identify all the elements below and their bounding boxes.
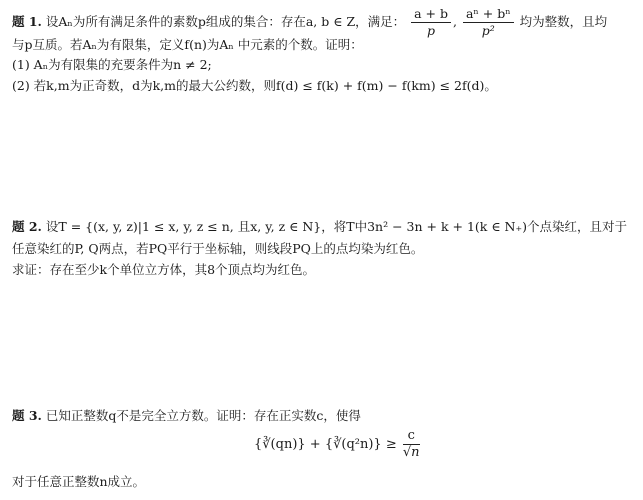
problem-2-line-3: 求证：存在至少k个单位立方体，其8个顶点均为红色。 — [12, 261, 315, 279]
problem-2-label: 题 2. — [12, 219, 42, 234]
problem-1-item-1: (1) Aₙ为有限集的充要条件为n ≠ 2; — [12, 56, 212, 74]
problem-1-line-2: 与p互质。若Aₙ为有限集，定义f(n)为Aₙ 中元素的个数。证明： — [12, 36, 363, 54]
problem-3-line-1: 题 3.已知正整数q不是完全立方数。证明：存在正实数c，使得 — [12, 407, 361, 425]
problem-1-item-2: (2) 若k,m为正奇数，d为k,m的最大公约数，则f(d) ≤ f(k) + … — [12, 77, 497, 95]
problem-2-line-2: 任意染红的P, Q两点，若PQ平行于坐标轴，则线段PQ上的点均染为红色。 — [12, 240, 423, 258]
problem-3-formula: {∛(qn)} + {∛(q²n)} ≥ c√n — [254, 428, 422, 461]
fraction-an-plus-bn-over-p2: aⁿ + bⁿp² — [463, 6, 514, 39]
problem-3-label: 题 3. — [12, 408, 42, 423]
problem-1-label: 题 1. — [12, 14, 42, 29]
problem-3-line-2: 对于任意正整数n成立。 — [12, 473, 145, 491]
fraction-a-plus-b-over-p: a + bp — [411, 6, 451, 39]
problem-2-line-1: 题 2.设T = {(x, y, z)|1 ≤ x, y, z ≤ n, 且x,… — [12, 218, 627, 236]
problem-1-line-1: 题 1.设Aₙ为所有满足条件的素数p组成的集合：存在a, b ∈ Z，满足： a… — [12, 6, 607, 39]
